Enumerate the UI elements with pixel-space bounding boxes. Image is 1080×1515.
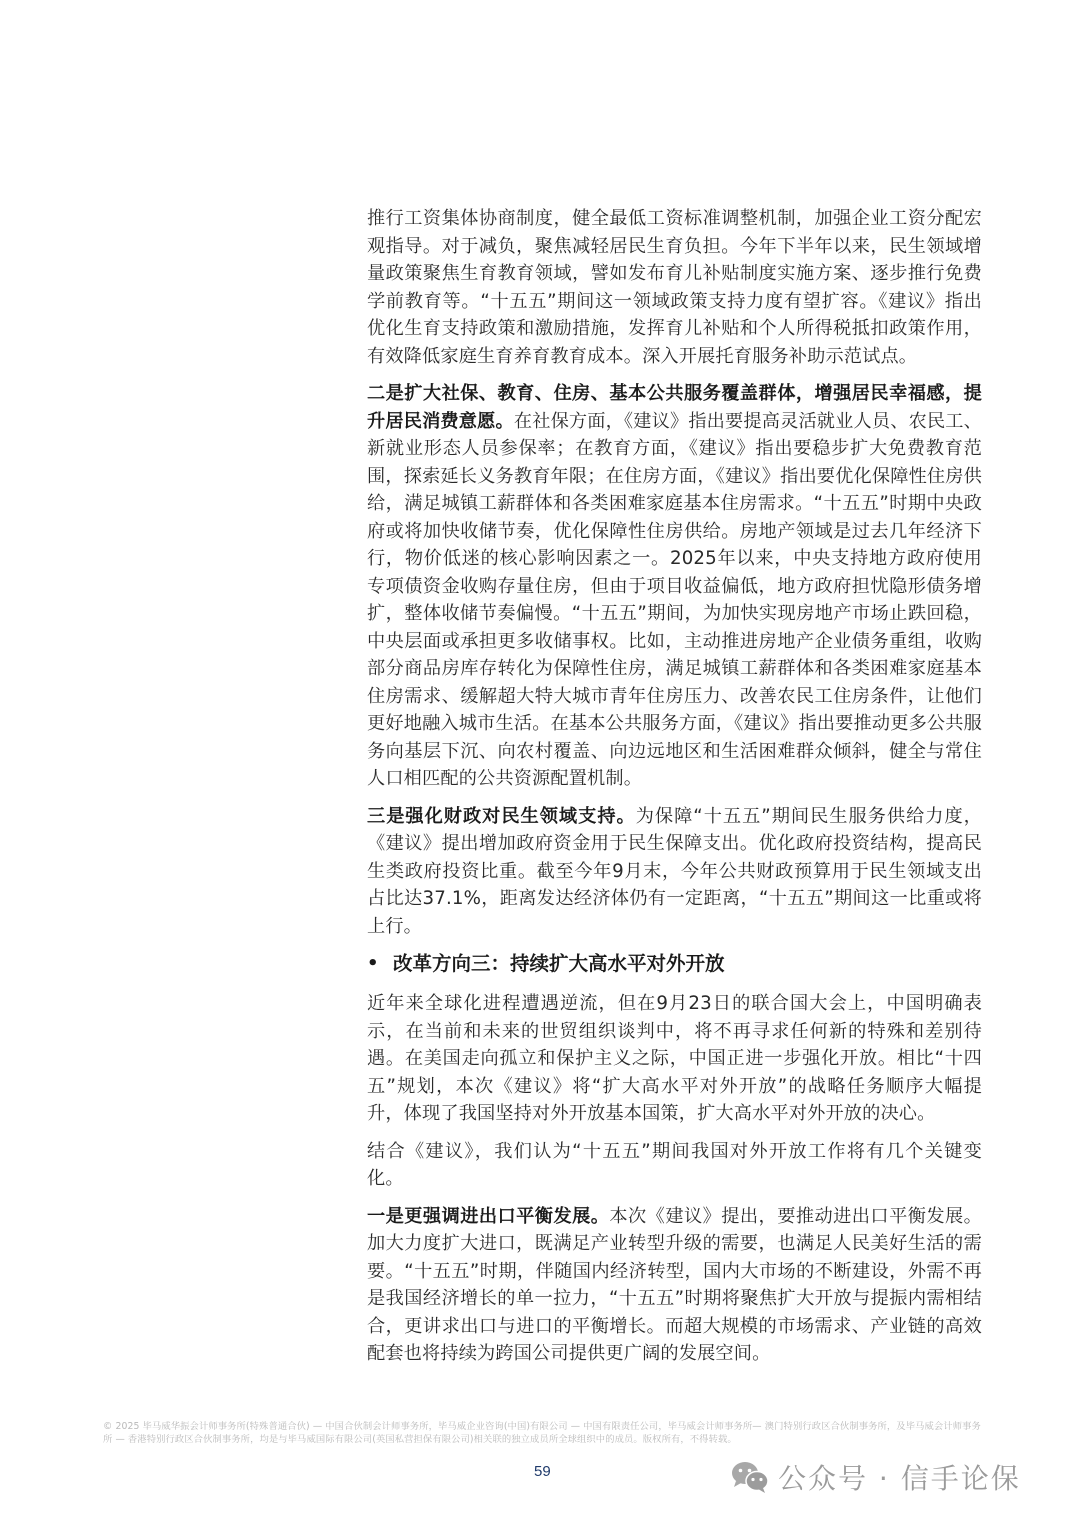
bullet-icon: • <box>367 950 393 978</box>
paragraph-lead-bold: 一是更强调进出口平衡发展。 <box>367 1206 609 1227</box>
paragraph-text: 近年来全球化进程遭遇逆流，但在9月23日的联合国大会上，中国明确表示，在当前和未… <box>367 993 982 1124</box>
document-body: 推行工资集体协商制度，健全最低工资标准调整机制，加强企业工资分配宏观指导。对于减… <box>367 205 982 1378</box>
page-number: 59 <box>534 1463 551 1480</box>
section-heading-text: 改革方向三：持续扩大高水平对外开放 <box>393 950 725 978</box>
paragraph-key-changes-intro: 结合《建议》，我们认为“十五五”期间我国对外开放工作将有几个关键变化。 <box>367 1138 982 1193</box>
wechat-icon <box>730 1460 770 1494</box>
wechat-watermark: 公众号 · 信手论保 <box>730 1457 1021 1497</box>
paragraph-globalization: 近年来全球化进程遭遇逆流，但在9月23日的联合国大会上，中国明确表示，在当前和未… <box>367 990 982 1128</box>
paragraph-text: 结合《建议》，我们认为“十五五”期间我国对外开放工作将有几个关键变化。 <box>367 1141 982 1190</box>
paragraph-fiscal-support: 三是强化财政对民生领域支持。为保障“十五五”期间民生服务供给力度，《建议》提出增… <box>367 803 982 941</box>
paragraph-text: 在社保方面，《建议》指出要提高灵活就业人员、农民工、新就业形态人员参保率；在教育… <box>367 411 982 790</box>
section-heading: • 改革方向三：持续扩大高水平对外开放 <box>367 950 982 978</box>
paragraph-social-coverage: 二是扩大社保、教育、住房、基本公共服务覆盖群体，增强居民幸福感，提升居民消费意愿… <box>367 380 982 793</box>
footer-legal-notice: © 2025 毕马威华振会计师事务所(特殊普通合伙) — 中国合伙制会计师事务所… <box>103 1421 983 1446</box>
paragraph-lead-bold: 三是强化财政对民生领域支持。 <box>367 806 636 827</box>
paragraph-wage-and-childcare: 推行工资集体协商制度，健全最低工资标准调整机制，加强企业工资分配宏观指导。对于减… <box>367 205 982 370</box>
paragraph-text: 本次《建议》提出，要推动进出口平衡发展。加大力度扩大进口，既满足产业转型升级的需… <box>367 1206 982 1365</box>
watermark-text: 公众号 · 信手论保 <box>778 1457 1021 1497</box>
paragraph-trade-balance: 一是更强调进出口平衡发展。本次《建议》提出，要推动进出口平衡发展。加大力度扩大进… <box>367 1203 982 1368</box>
paragraph-text: 推行工资集体协商制度，健全最低工资标准调整机制，加强企业工资分配宏观指导。对于减… <box>367 208 982 367</box>
